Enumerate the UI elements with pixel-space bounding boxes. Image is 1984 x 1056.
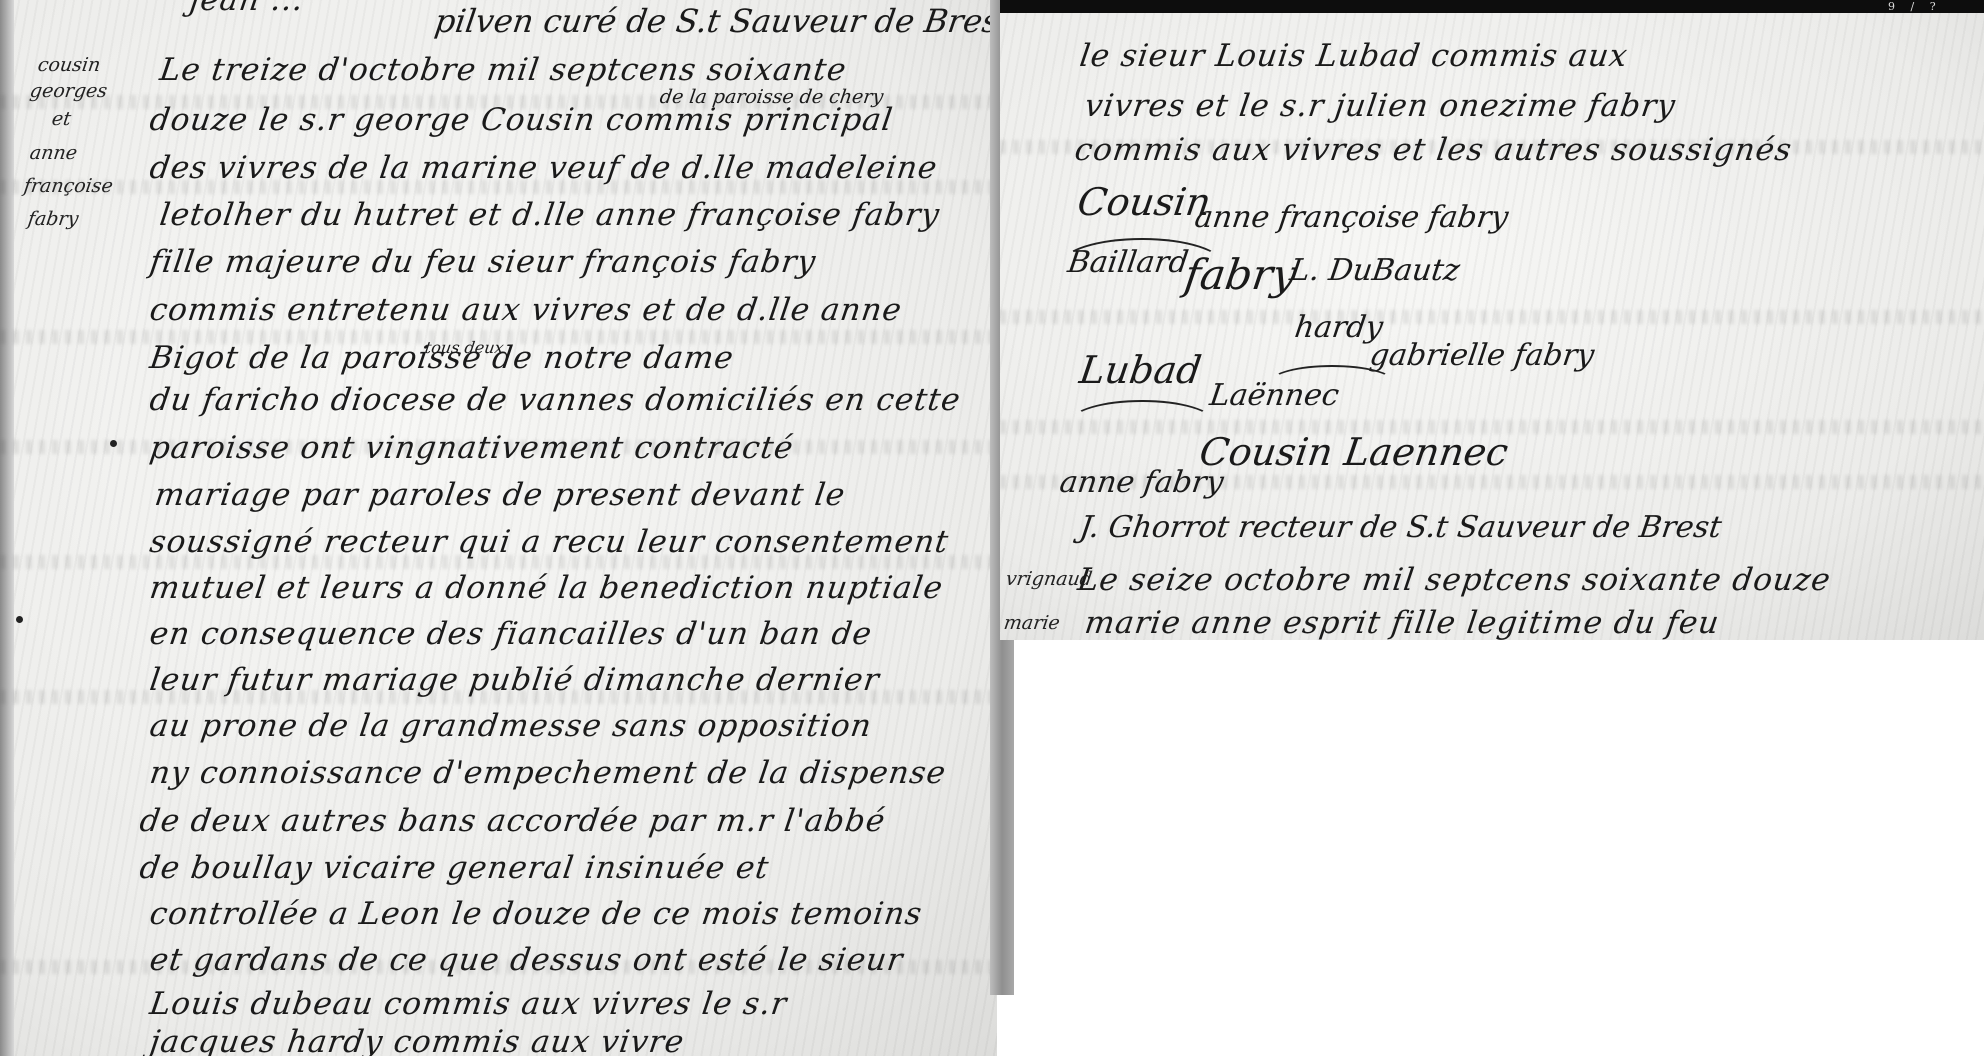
- signature: anne françoise fabry: [1193, 200, 1511, 235]
- entry-line: des vivres de la marine veuf de d.lle ma…: [147, 150, 939, 186]
- signature: Cousin Laennec: [1197, 430, 1511, 474]
- closing-signature: J. Ghorrot recteur de S.t Sauveur de Bre…: [1078, 510, 1724, 545]
- left-register-page: jean ... pilven curé de S.t Sauveur de B…: [0, 0, 997, 1056]
- bleed-through: [1000, 310, 1984, 324]
- entry-line: de deux autres bans accordée par m.r l'a…: [137, 803, 887, 839]
- ink-blot: [16, 616, 23, 623]
- entry-line: Bigot de la paroisse de notre dame: [147, 340, 736, 376]
- entry-line: soussigné recteur qui a recu leur consen…: [147, 524, 951, 560]
- entry-line: en consequence des fiancailles d'un ban …: [147, 616, 874, 652]
- entry-line: Le treize d'octobre mil septcens soixant…: [157, 52, 849, 88]
- margin-note-line: fabry: [26, 208, 79, 230]
- entry-line: Louis dubeau commis aux vivres le s.r: [147, 986, 789, 1022]
- entry-line: jacques hardy commis aux vivre: [147, 1024, 686, 1056]
- entry-line: mutuel et leurs a donné la benediction n…: [147, 570, 945, 606]
- signature-flourish: [1270, 365, 1394, 399]
- entry-line: fille majeure du feu sieur françois fabr…: [147, 244, 818, 280]
- entry-line: marie anne esprit fille legitime du feu: [1082, 605, 1721, 640]
- entry-line: mariage par paroles de present devant le: [152, 477, 847, 513]
- entry-line: controllée a Leon le douze de ce mois te…: [147, 896, 924, 932]
- folio-number: 9 / ?: [1888, 0, 1942, 13]
- signature: gabrielle fabry: [1368, 338, 1597, 373]
- right-register-page: le sieur Louis Lubad commis aux vivres e…: [1000, 0, 1984, 640]
- entry-line: paroisse ont vingnativement contracté: [147, 430, 796, 466]
- header-fragment: jean ...: [187, 0, 306, 18]
- entry-line: Le seize octobre mil septcens soixante d…: [1075, 562, 1833, 598]
- signature-flourish: [1060, 238, 1224, 292]
- entry-line: letolher du hutret et d.lle anne françoi…: [157, 197, 942, 233]
- margin-note-line: et: [50, 108, 72, 130]
- entry-line: de boullay vicaire general insinuée et: [137, 850, 771, 886]
- signature-flourish: [1070, 400, 1214, 444]
- margin-note-line: cousin: [36, 54, 101, 76]
- signature: Lubad: [1077, 348, 1204, 392]
- margin-note-line: françoise: [22, 175, 114, 197]
- entry-line: leur futur mariage publié dimanche derni…: [147, 662, 881, 698]
- entry-line: vivres et le s.r julien onezime fabry: [1082, 88, 1678, 124]
- entry-line: ny connoissance d'empechement de la disp…: [147, 755, 948, 791]
- entry-title: pilven curé de S.t Sauveur de Brest: [432, 2, 997, 40]
- entry-line: douze le s.r george Cousin commis princi…: [147, 102, 895, 138]
- entry-line: le sieur Louis Lubad commis aux: [1077, 38, 1630, 74]
- entry-line: du faricho diocese de vannes domiciliés …: [147, 382, 963, 418]
- entry-line: commis aux vivres et les autres soussign…: [1072, 132, 1794, 168]
- signature: Cousin: [1075, 180, 1214, 224]
- ink-blot: [110, 440, 117, 447]
- margin-note-line: georges: [28, 80, 108, 102]
- scan-top-edge: [1000, 0, 1984, 13]
- entry-line: au prone de la grandmesse sans oppositio…: [147, 708, 874, 744]
- margin-note-line: marie: [1002, 612, 1061, 634]
- margin-note-line: anne: [28, 142, 78, 164]
- entry-line: commis entretenu aux vivres et de d.lle …: [147, 292, 904, 328]
- signature: L. DuBautz: [1288, 253, 1462, 288]
- entry-line: et gardans de ce que dessus ont esté le …: [147, 942, 905, 978]
- signature: anne fabry: [1058, 465, 1226, 500]
